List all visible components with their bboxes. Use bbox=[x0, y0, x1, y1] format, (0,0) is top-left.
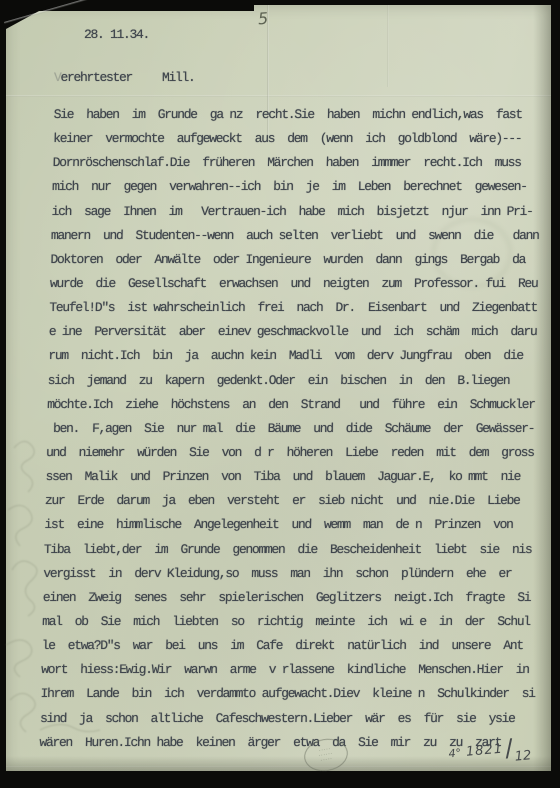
typewritten-line: Ihrem Lande bin ich verdammto aufgewacht… bbox=[40, 682, 535, 706]
archive-number-sub: 12 bbox=[514, 748, 532, 764]
typewritten-line: ist eine himmlische Angelegenheit und we… bbox=[44, 513, 539, 537]
fold-crease-vertical bbox=[387, 5, 389, 87]
handwritten-page-number: 5 bbox=[257, 9, 268, 29]
typewritten-line: sind ja schon altliche Cafeschwestern.Li… bbox=[40, 707, 535, 731]
typewritten-line: vergisst in derv Kleidung,so muss man ih… bbox=[43, 562, 538, 586]
scanned-letter-page: 5 28. 11.34. VerehrtesterMill. Sie haben… bbox=[0, 0, 560, 788]
typewritten-line: Doktoren oder Anwälte oder Ingenieure wu… bbox=[50, 248, 545, 272]
typewritten-line: e ine Perversität aber einev geschmackvo… bbox=[49, 320, 544, 344]
salutation-text: erehrtester bbox=[61, 70, 133, 85]
typewritten-line: keiner vermochte aufgeweckt aus dem (wen… bbox=[53, 127, 548, 151]
archive-number-slash: / bbox=[504, 734, 515, 763]
typewritten-line: manern und Studenten--wenn auch selten v… bbox=[51, 224, 546, 248]
archive-number-value: 1821 bbox=[465, 742, 503, 760]
typewritten-line: einen Zweig senes sehr spielerischen Geg… bbox=[42, 586, 537, 610]
typewritten-line: wurde die Gesellschaft erwachsen und nei… bbox=[50, 272, 545, 296]
typewritten-line: möchte.Ich ziehe höchstens an den Strand… bbox=[47, 393, 542, 417]
typewritten-line: rum nicht.Ich bin ja auchn kein Madli vo… bbox=[48, 344, 543, 368]
typewritten-line: Teufel!D"s ist wahrscheinlich frei nach … bbox=[49, 296, 544, 320]
typewritten-line: zur Erde darum ja eben versteht er sieb … bbox=[45, 489, 540, 513]
addressee-name: Mill. bbox=[162, 70, 195, 85]
typewritten-line: le etwa?D"s war bei uns im Cafe direkt n… bbox=[41, 634, 536, 658]
letter-body: Sie haben im Grunde ga nz recht.Sie habe… bbox=[39, 103, 548, 755]
salutation-line: VerehrtesterMill. bbox=[54, 70, 195, 85]
typewritten-line: mich nur gegen verwahren--ich bin je im … bbox=[52, 175, 547, 199]
stamp-text-line: ····· bbox=[320, 756, 333, 763]
typewritten-line: Sie haben im Grunde ga nz recht.Sie habe… bbox=[53, 103, 548, 127]
typewritten-line: Dornröschenschlaf.Die früheren Märchen h… bbox=[52, 151, 547, 175]
typewritten-line: und niemehr würden Sie von d r höheren L… bbox=[46, 441, 541, 465]
fold-crease-horizontal bbox=[6, 95, 551, 97]
typewritten-line: ben. F,agen Sie nur mal die Bäume und di… bbox=[46, 417, 541, 441]
typewritten-line: ssen Malik und Prinzen von Tiba und blau… bbox=[45, 465, 540, 489]
typewritten-line: wort hiess:Ewig.Wir warwn arme v rlassen… bbox=[41, 658, 536, 682]
salutation-faint-initial: V bbox=[54, 70, 61, 85]
archive-number-prefix: 4° bbox=[448, 746, 462, 760]
typewritten-line: sich jemand zu kapern gedenkt.Oder ein b… bbox=[47, 369, 542, 393]
typewritten-line: ich sage Ihnen im Vertrauen-ich habe mic… bbox=[51, 200, 546, 224]
typewritten-line: mal ob Sie mich liebten so richtig meint… bbox=[42, 610, 537, 634]
letter-date: 28. 11.34. bbox=[84, 27, 149, 42]
typewritten-line: Tiba liebt,der im Grunde genommen die Be… bbox=[44, 538, 539, 562]
